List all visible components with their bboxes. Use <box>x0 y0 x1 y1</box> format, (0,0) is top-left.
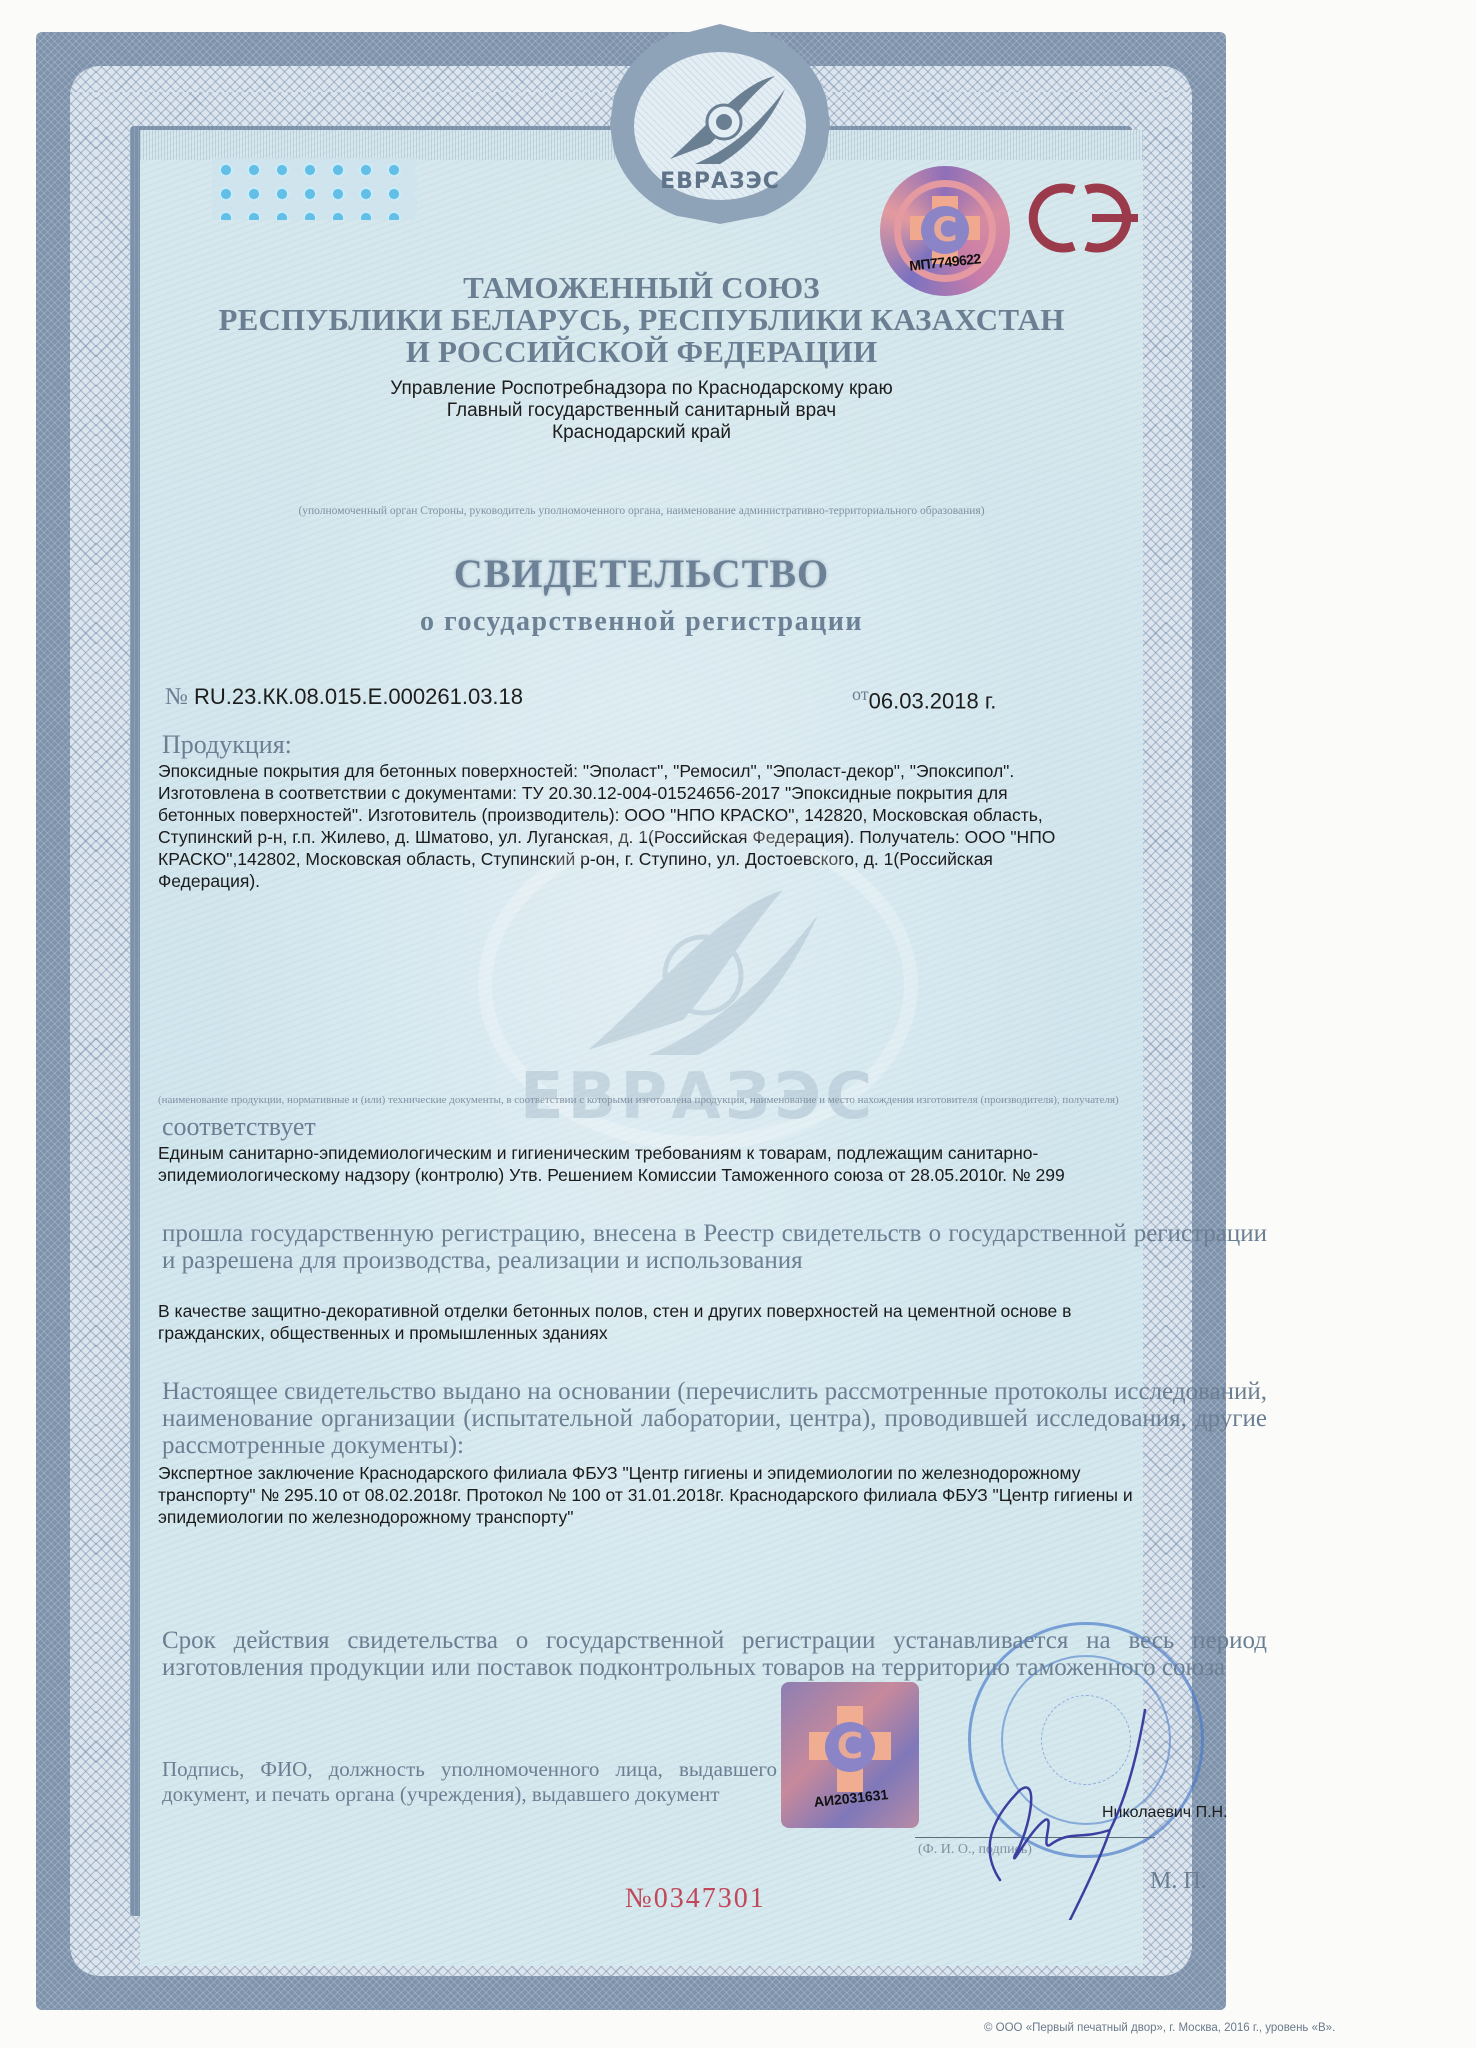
registry-label: прошла государственную регистрацию, внес… <box>162 1220 1267 1274</box>
basis-text: Экспертное заключение Краснодарского фил… <box>158 1462 1163 1528</box>
registration-number-row: № RU.23.КК.08.015.Е.000261.03.18 <box>165 684 523 711</box>
hologram-sticker: C АИ2031631 <box>781 1682 919 1828</box>
date-prefix: от <box>852 684 869 704</box>
conformity-text: Единым санитарно-эпидемиологическим и ги… <box>158 1142 1158 1186</box>
c-emblem-icon: C <box>921 206 969 254</box>
hologram-strip <box>212 158 417 220</box>
printer-credit: © ООО «Первый печатный двор», г. Москва,… <box>984 2022 1335 2034</box>
registration-number: RU.23.КК.08.015.Е.000261.03.18 <box>194 684 523 709</box>
conformity-label: соответствует <box>162 1112 316 1142</box>
validity-text: Срок действия свидетельства о государств… <box>162 1627 1267 1681</box>
certificate-subtitle: о государственной регистрации <box>140 606 1143 638</box>
signature-block-label: Подпись, ФИО, должность уполномоченного … <box>162 1757 777 1807</box>
product-label: Продукция: <box>162 730 292 760</box>
basis-label: Настоящее свидетельство выдано на основа… <box>162 1378 1267 1459</box>
watermark-logo-icon <box>568 870 828 1060</box>
handwritten-signature-icon <box>960 1680 1160 1920</box>
eurasec-emblem: ЕВРАЗЭС <box>610 24 830 224</box>
authority-line-2: Главный государственный санитарный врач <box>140 400 1143 422</box>
se-conformity-mark-icon <box>1016 178 1146 258</box>
registration-date: 06.03.2018 г. <box>869 688 997 713</box>
number-sign: № <box>165 684 188 710</box>
authority-line-1: Управление Роспотребнадзора по Краснодар… <box>140 378 1143 400</box>
authority-caption: (уполномоченный орган Стороны, руководит… <box>140 505 1143 517</box>
form-number: №0347301 <box>625 1883 766 1915</box>
emblem-label: ЕВРАЗЭС <box>610 169 830 194</box>
header-line-2: РЕСПУБЛИКИ БЕЛАРУСЬ, РЕСПУБЛИКИ КАЗАХСТА… <box>140 302 1143 338</box>
eurasec-logo-icon <box>650 64 790 174</box>
usage-text: В качестве защитно-декоративной отделки … <box>158 1300 1158 1344</box>
registration-date-row: от06.03.2018 г. <box>852 684 996 714</box>
authority-line-3: Краснодарский край <box>140 422 1143 444</box>
header-line-3: И РОССИЙСКОЙ ФЕДЕРАЦИИ <box>140 334 1143 370</box>
header-line-1: ТАМОЖЕННЫЙ СОЮЗ <box>140 270 1143 306</box>
product-caption: (наименование продукции, нормативные и (… <box>158 1094 1288 1106</box>
c-emblem-icon: C <box>825 1722 875 1772</box>
certificate-title: СВИДЕТЕЛЬСТВО <box>140 550 1143 597</box>
